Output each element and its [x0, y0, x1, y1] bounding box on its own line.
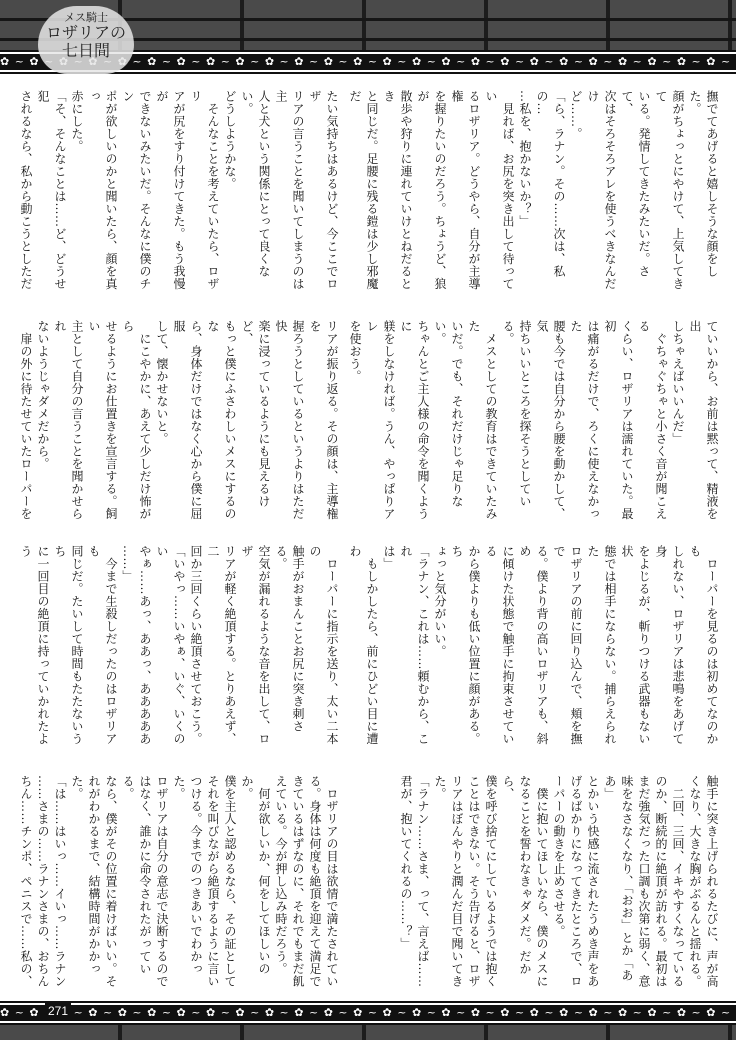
text-block-3-right: ローパーを見るのは初めてなのかも しれない、ロザリアは悲鳴をあげて身 をよじるが…	[345, 545, 720, 755]
title-line-1: メス騎士	[38, 12, 134, 23]
ornamental-border-bottom: ✿ ~ ✿ ~ ✿ ~ ✿ ~ ✿ ~ ✿ ~ ✿ ~ ✿ ~ ✿ ~ ✿ ~ …	[0, 1003, 736, 1023]
text-block-3-left: ローパーに指示を送り、太い二本の 触手がおまんことお尻に突き刺さる。 空気が漏れ…	[20, 545, 340, 755]
title-line-2: ロザリアの	[38, 25, 134, 41]
text-block-2-left: リアが振り返る。その顔は、主導権を 握ろうとしているというよりはただ快 楽に浸っ…	[20, 320, 340, 530]
book-title-logo: メス騎士 ロザリアの 七日間	[38, 6, 134, 74]
title-line-3: 七日間	[38, 43, 134, 59]
text-block-2-right: ていいから、お前は黙って、精液を出 しちゃえばいいんだ」 ぐちゃぐちゃと小さく音…	[345, 320, 720, 530]
text-block-4-right: 触手に突き上げられるたびに、声が高 くなり、大きな胸がぶるんと揺れる。 二回、三…	[345, 775, 720, 990]
brick-wall-footer	[0, 1025, 736, 1040]
text-block-1-right: 撫でてあげると嬉しそうな顔をした。 顔がちょっとにやけて、上気してきて いる。発…	[345, 90, 720, 302]
page-number: 271	[45, 1003, 71, 1019]
text-block-4-left: ロザリアの目は欲情で満たされてい る。身体は何度も絶頂を迎えて満足で きているは…	[20, 775, 340, 990]
text-block-1-left: たい気持ちはあるけど、今ここでロザ リアの言うことを聞いてしまうのは主 人と犬と…	[20, 90, 340, 302]
